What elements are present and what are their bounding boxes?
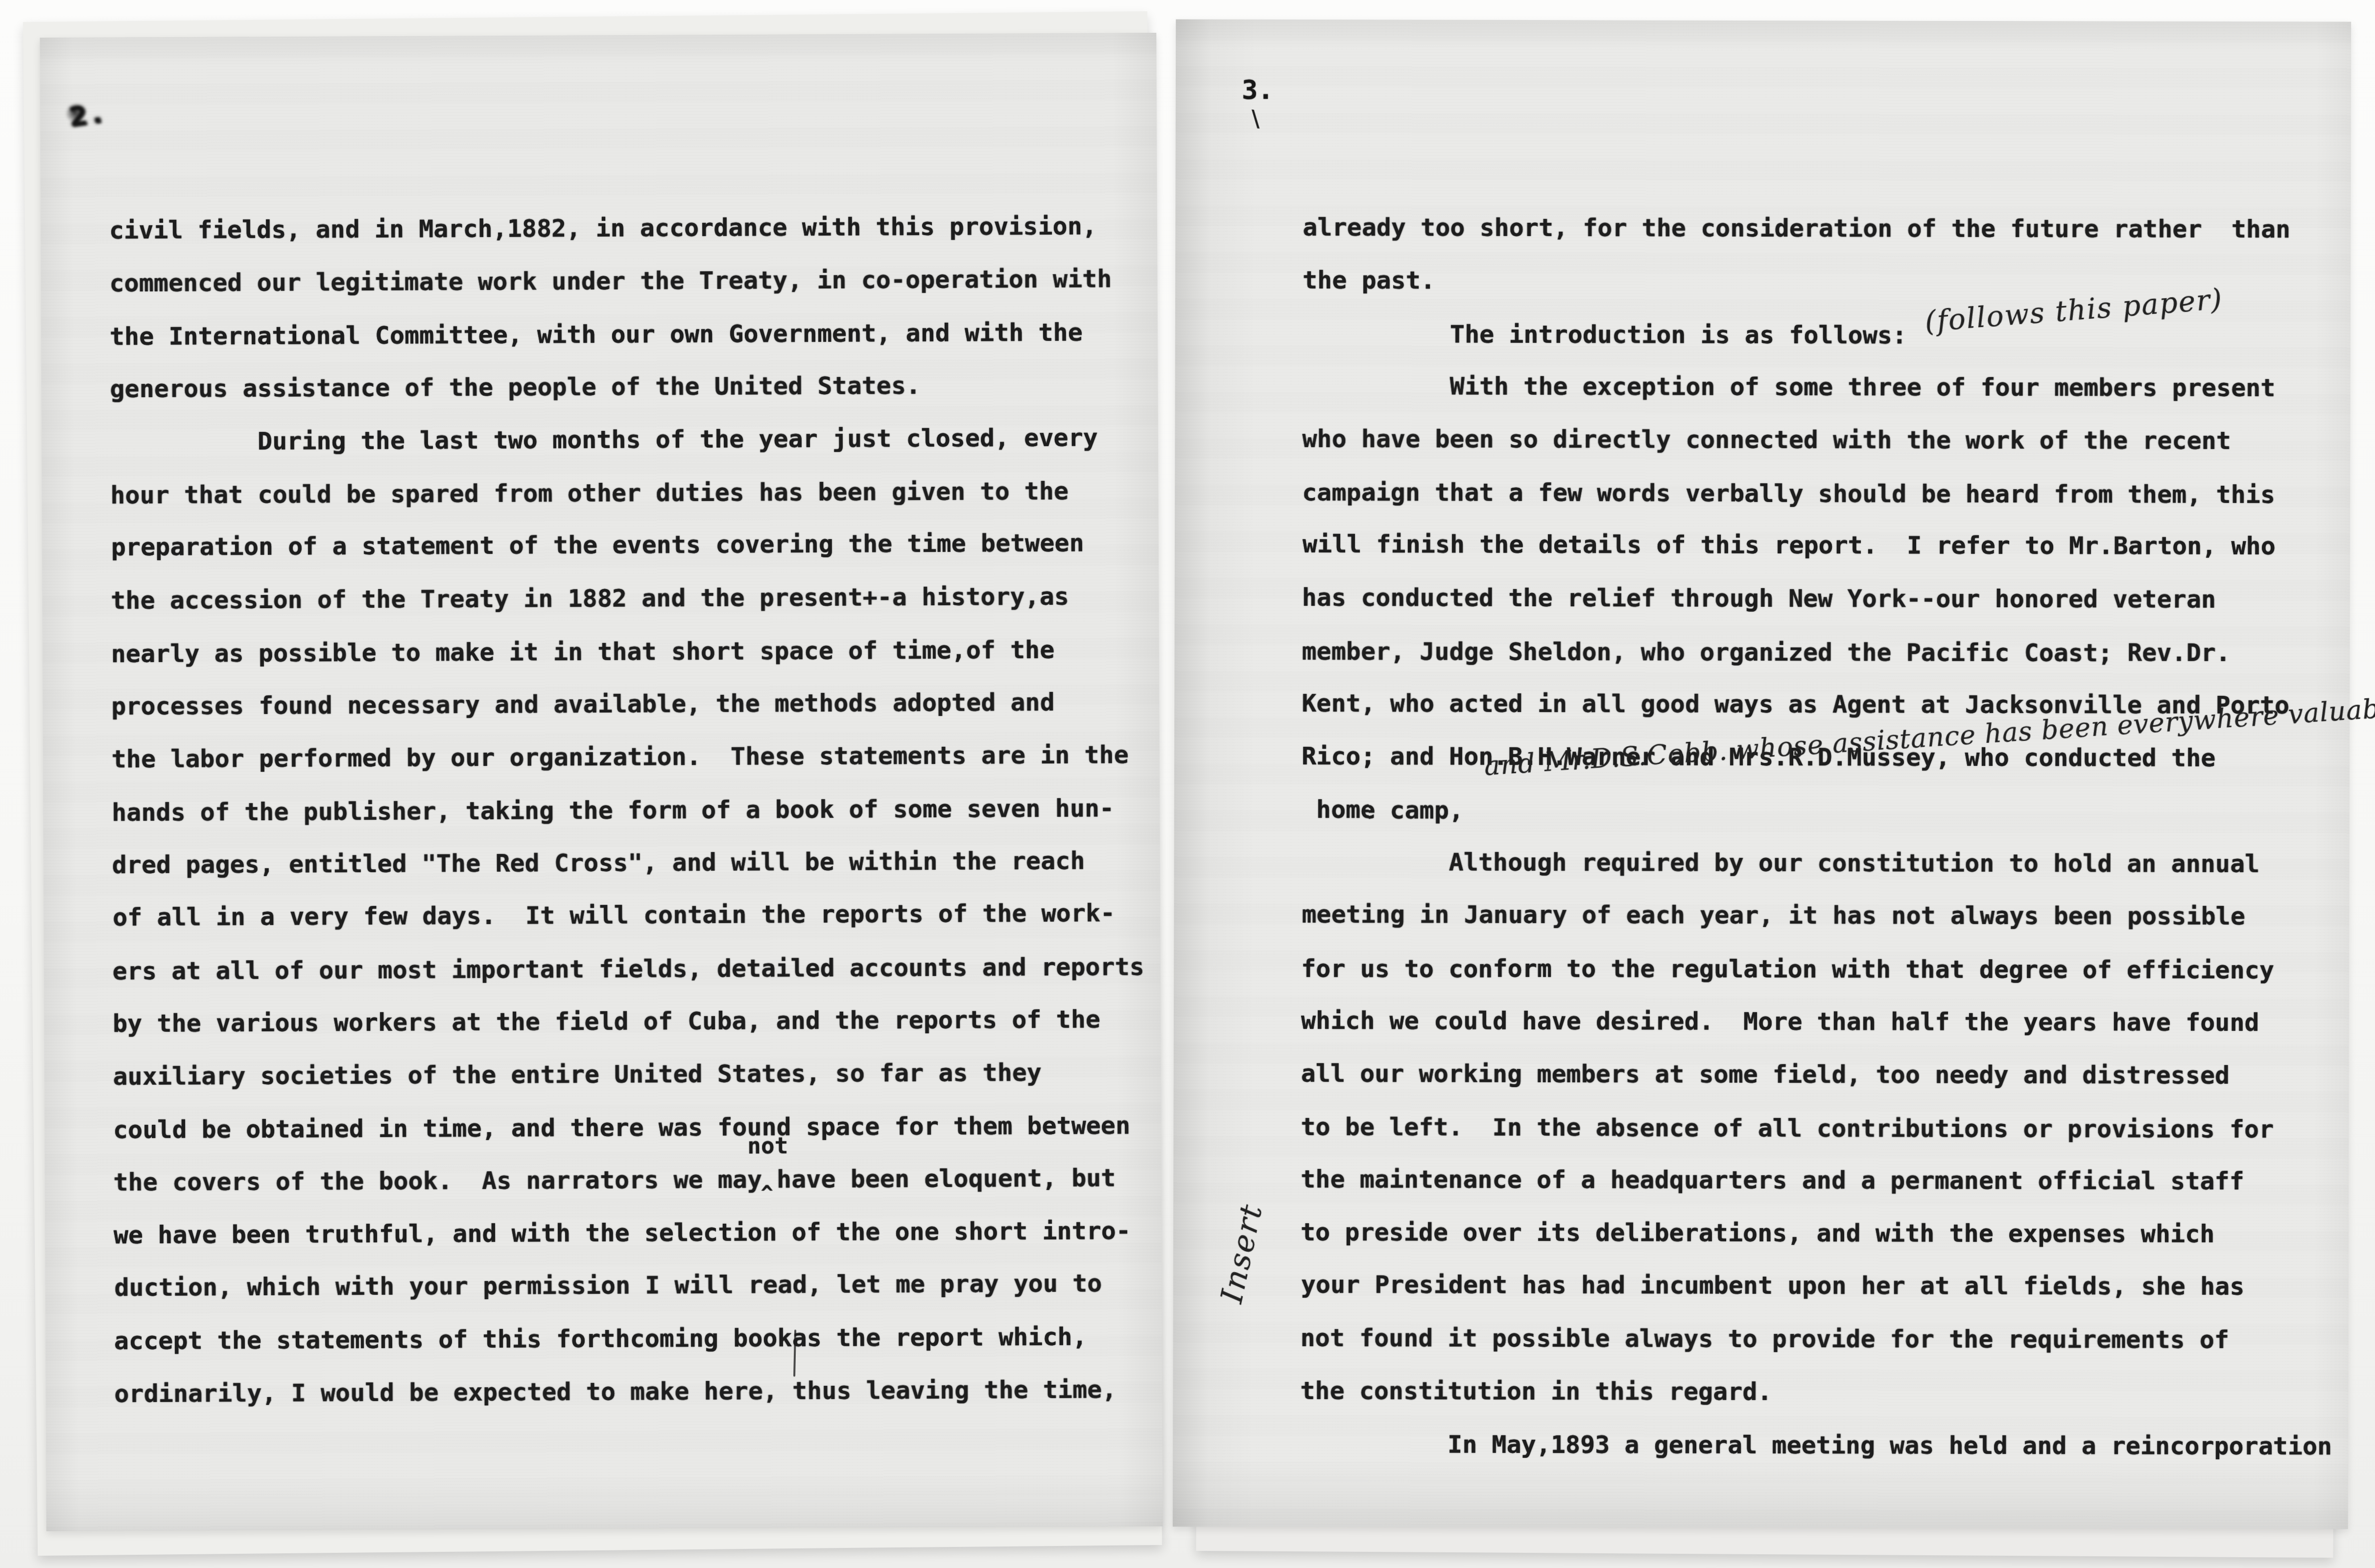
typed-line: processes found necessary and available,… (111, 675, 1171, 733)
typed-line: hour that could be spared from other dut… (110, 464, 1170, 522)
typed-line: member, Judge Sheldon, who organized the… (1302, 625, 2352, 680)
typed-line: accept the statements of this forthcomin… (114, 1310, 1174, 1367)
typed-line: your President has had incumbent upon he… (1301, 1258, 2351, 1313)
left-text-block: civil fields, and in March,1882, in acco… (109, 199, 1175, 1420)
typed-line: by the various workers at the field of C… (113, 993, 1173, 1050)
right-text-block: already too short, for the consideration… (1300, 201, 2353, 1472)
typed-line: the International Committee, with our ow… (110, 306, 1170, 363)
typed-line: of all in a very few days. It will conta… (113, 886, 1173, 944)
insertion-caret: ^ (761, 1183, 773, 1204)
typed-line: which we could have desired. More than h… (1301, 994, 2351, 1049)
typed-line: the covers of the book. As narrators we … (113, 1151, 1173, 1209)
page-left: 2. civil fields, and in March,1882, in a… (40, 33, 1163, 1531)
typed-line: the constitution in this regard. (1300, 1364, 2351, 1419)
typed-line: ordinarily, I would be expected to make … (114, 1363, 1174, 1420)
typed-line: commenced our legitimate work under the … (109, 252, 1169, 309)
typed-line: ers at all of our most important fields,… (112, 940, 1172, 998)
typed-line: nearly as possible to make it in that sh… (111, 623, 1171, 680)
typed-line: not found it possible always to provide … (1300, 1311, 2351, 1366)
typed-line: will finish the details of this report. … (1303, 518, 2353, 572)
page-number-left: 2. (67, 97, 108, 133)
page-number-right: 3. (1242, 74, 1274, 105)
typed-line: the accession of the Treaty in 1882 and … (111, 570, 1171, 627)
inserted-word-not: not (747, 1134, 788, 1157)
typed-line: In May,1893 a general meeting was held a… (1300, 1418, 2351, 1473)
typed-line: generous assistance of the people of the… (110, 358, 1170, 415)
typed-line: to preside over its deliberations, and w… (1301, 1206, 2351, 1260)
typed-line: has conducted the relief through New Yor… (1302, 571, 2352, 626)
typed-line: civil fields, and in March,1882, in acco… (109, 199, 1169, 257)
typed-line: the labor performed by our organization.… (112, 728, 1172, 785)
typed-line: meeting in January of each year, it has … (1302, 888, 2352, 943)
typed-line: could be obtained in time, and there was… (113, 1099, 1173, 1156)
typed-line: duction, which with your permission I wi… (114, 1257, 1174, 1314)
typed-line: During the last two months of the year j… (110, 411, 1170, 468)
stray-pen-mark: \ (1247, 106, 1263, 132)
page-right: 3. \ already too short, for the consider… (1173, 19, 2351, 1529)
typed-line: we have been truthful, and with the sele… (114, 1204, 1174, 1261)
typed-line: preparation of a statement of the events… (111, 516, 1171, 573)
typed-line: Although required by our constitution to… (1302, 835, 2352, 890)
document-scan: 2. civil fields, and in March,1882, in a… (0, 0, 2375, 1568)
typed-line: already too short, for the consideration… (1303, 201, 2353, 256)
typed-line: who have been so directly connected with… (1302, 412, 2352, 467)
typed-line: all our working members at some field, t… (1301, 1047, 2351, 1102)
typed-line: With the exception of some three of four… (1303, 359, 2353, 414)
handwritten-margin-insert: Insert (1213, 1200, 1270, 1306)
typed-line: home camp, (1302, 784, 2352, 838)
typed-line: the maintenance of a headquarters and a … (1301, 1153, 2351, 1208)
typed-line: for us to conform to the regulation with… (1301, 942, 2351, 997)
typed-line: dred pages, entitled "The Red Cross", an… (112, 834, 1172, 891)
typed-line: campaign that a few words verbally shoul… (1302, 466, 2352, 521)
typed-line: hands of the publisher, taking the form … (112, 782, 1172, 839)
typed-line: auxiliary societies of the entire United… (113, 1045, 1173, 1103)
typed-line: to be left. In the absence of all contri… (1301, 1101, 2351, 1156)
